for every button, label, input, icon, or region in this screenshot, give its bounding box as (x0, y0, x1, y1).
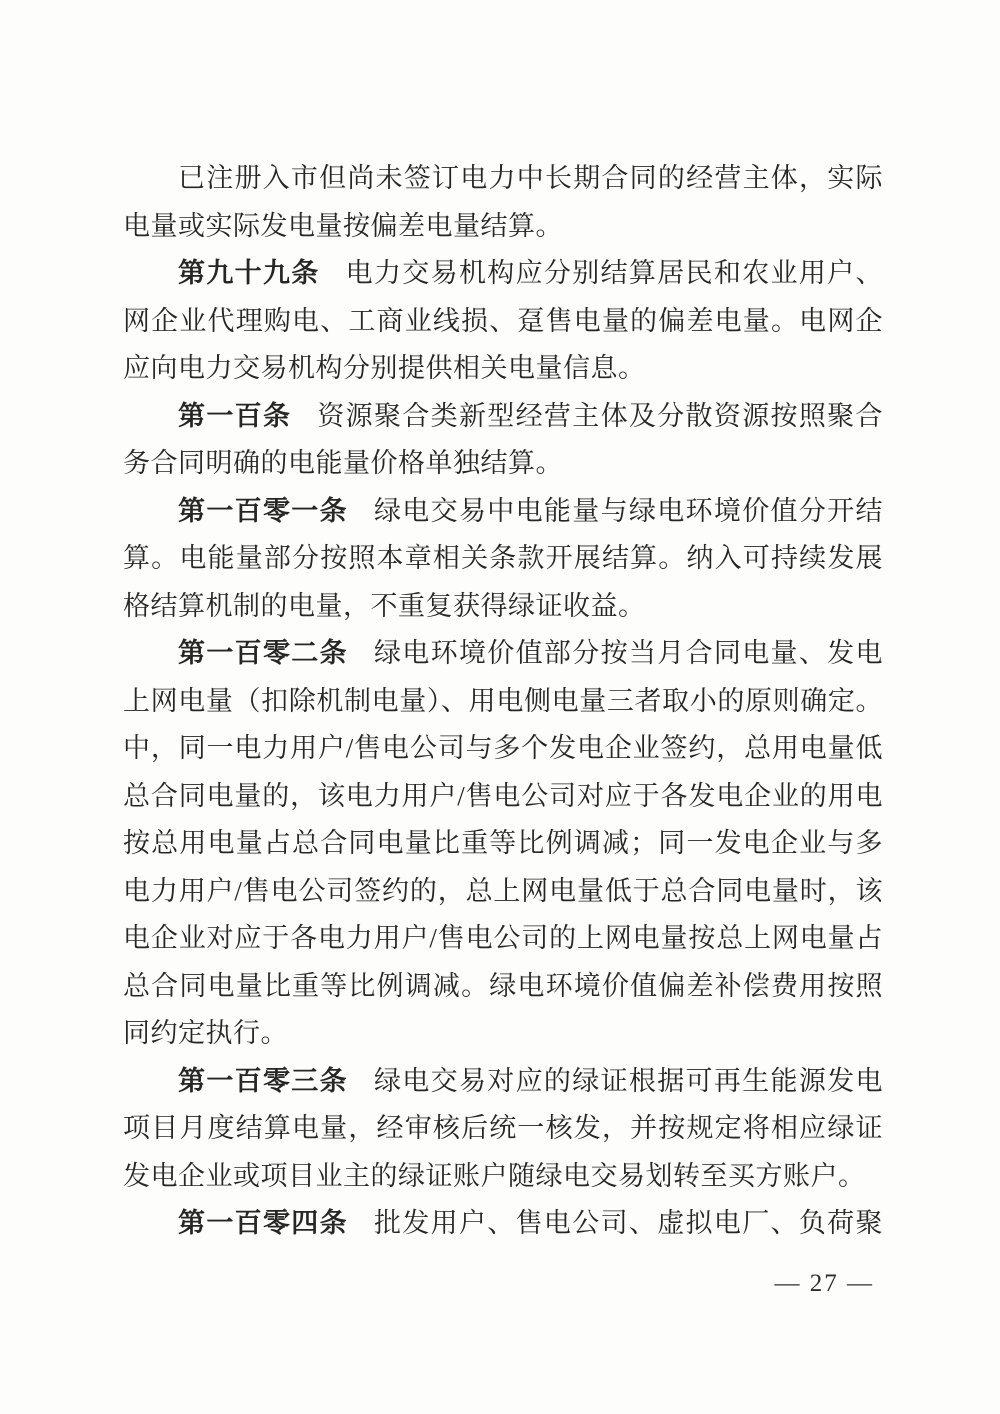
text-line: 务合同明确的电能量价格单独结算。 (123, 440, 883, 488)
article-number: 第一百零四条 (178, 1208, 348, 1238)
article-number: 第一百零二条 (178, 638, 348, 668)
text-line: 电企业对应于各电力用户/售电公司的上网电量按总上网电量占 (123, 915, 883, 963)
text-line: 上网电量（扣除机制电量）、用电侧电量三者取小的原则确定。其 (123, 678, 883, 726)
text-line: 网企业代理购电、工商业线损、趸售电量的偏差电量。电网企业 (123, 298, 883, 346)
article-number: 第一百零三条 (178, 1066, 348, 1096)
text-line: 电量或实际发电量按偏差电量结算。 (123, 203, 883, 251)
text-line: 项目月度结算电量，经审核后统一核发，并按规定将相应绿证由 (123, 1105, 883, 1153)
text-line: 总合同电量比重等比例调减。绿电环境价值偏差补偿费用按照合 (123, 963, 883, 1011)
text-line: 同约定执行。 (123, 1010, 883, 1058)
text-line: 格结算机制的电量，不重复获得绿证收益。 (123, 583, 883, 631)
article-number: 第九十九条 (178, 258, 320, 288)
article-line: 第一百零四条批发用户、售电公司、虚拟电厂、负荷聚合 (123, 1200, 883, 1248)
page-number: — 27 — (775, 1270, 875, 1298)
text-line: 中，同一电力用户/售电公司与多个发电企业签约，总用电量低于 (123, 725, 883, 773)
text-line: 算。电能量部分按照本章相关条款开展结算。纳入可持续发展价 (123, 535, 883, 583)
article-line: 第九十九条电力交易机构应分别结算居民和农业用户、电 (123, 250, 883, 298)
article-body-text: 绿电交易中电能量与绿电环境价值分开结 (374, 496, 883, 526)
document-page: 已注册入市但尚未签订电力中长期合同的经营主体，实际用电量或实际发电量按偏差电量结… (0, 0, 1000, 1414)
article-number: 第一百零一条 (178, 496, 348, 526)
article-line: 第一百零三条绿电交易对应的绿证根据可再生能源发电 (123, 1058, 883, 1106)
text-line: 应向电力交易机构分别提供相关电量信息。 (123, 345, 883, 393)
article-body-text: 绿电交易对应的绿证根据可再生能源发电 (374, 1066, 883, 1096)
article-number: 第一百条 (178, 401, 291, 431)
article-line: 第一百零一条绿电交易中电能量与绿电环境价值分开结 (123, 488, 883, 536)
text-line: 总合同电量的，该电力用户/售电公司对应于各发电企业的用电量 (123, 773, 883, 821)
text-line: 按总用电量占总合同电量比重等比例调减；同一发电企业与多个 (123, 820, 883, 868)
text-line: 电力用户/售电公司签约的，总上网电量低于总合同电量时，该发 (123, 868, 883, 916)
text-line: 发电企业或项目业主的绿证账户随绿电交易划转至买方账户。 (123, 1153, 883, 1201)
article-line: 第一百条资源聚合类新型经营主体及分散资源按照聚合服 (123, 393, 883, 441)
document-body: 已注册入市但尚未签订电力中长期合同的经营主体，实际用电量或实际发电量按偏差电量结… (123, 155, 883, 1248)
text-line: 已注册入市但尚未签订电力中长期合同的经营主体，实际用 (123, 155, 883, 203)
article-line: 第一百零二条绿电环境价值部分按当月合同电量、发电侧 (123, 630, 883, 678)
